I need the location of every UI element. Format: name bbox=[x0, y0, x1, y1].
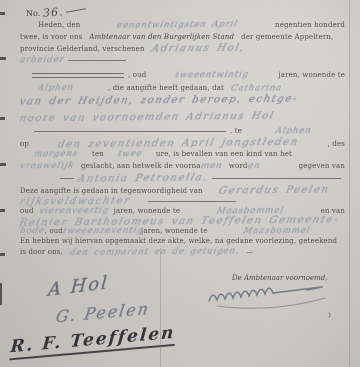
scan-edge-mark bbox=[0, 283, 2, 305]
blank-rule bbox=[34, 131, 226, 132]
scan-edge-mark bbox=[0, 57, 6, 60]
printed-text: Heden, den bbox=[38, 21, 80, 30]
line-18: bode , oud tweeenzeventig jaren, wonende… bbox=[20, 227, 345, 236]
handwritten-declarant-name: Adrianus Hol, bbox=[150, 44, 245, 54]
printed-text: , des bbox=[328, 140, 345, 149]
scan-edge-mark bbox=[0, 117, 5, 120]
handwritten-hour: twee bbox=[103, 150, 157, 160]
line-5: , oud tweeentwintig jaren, wonende te bbox=[20, 71, 345, 80]
line-19: En hebben wij hiervan opgemaakt deze akt… bbox=[20, 237, 345, 246]
handwritten-gender: vrouwelijk bbox=[19, 162, 75, 172]
blank-rule bbox=[68, 60, 126, 61]
act-number: No. 36. bbox=[26, 6, 86, 19]
handwritten-suffix: men bbox=[200, 162, 223, 171]
printed-text: negentien honderd bbox=[275, 21, 345, 30]
witness2-signature: R. F. Teeffelen bbox=[9, 323, 176, 361]
printed-text: — bbox=[246, 248, 253, 257]
handwritten-witness1-age: vierenveertig bbox=[32, 207, 114, 217]
printed-text: , oud bbox=[128, 71, 146, 80]
handwritten-age: tweeentwintig bbox=[145, 70, 280, 80]
printed-text: word bbox=[229, 162, 248, 171]
handwritten-signers-clause: den comparant en de getuigen. bbox=[69, 247, 241, 258]
blank-rule bbox=[148, 201, 236, 202]
handwritten-spouse-clause: noote van voornoemden Adrianus Hol bbox=[19, 112, 276, 124]
act-number-label: No. bbox=[26, 9, 40, 18]
handwritten-child-names: Antonia Petronella. bbox=[77, 173, 209, 183]
handwritten-birthdate: den zeventienden April jongstleden bbox=[28, 137, 329, 149]
handwritten-residence: Alphen bbox=[37, 84, 109, 94]
printed-text: jaren, wonende te bbox=[114, 207, 181, 216]
line-11: morgens ten twee ure, is bevallen van ee… bbox=[20, 150, 345, 159]
paper-edge-shadow bbox=[349, 0, 350, 367]
blank-double-rule bbox=[32, 73, 124, 78]
handwritten-witness2-age: tweeenzeventig bbox=[62, 227, 142, 237]
line-3: provincie Gelderland, verschenen Adrianu… bbox=[20, 44, 345, 54]
handwritten-date: eenentwintigsten April bbox=[79, 20, 276, 31]
line-4: arbeider bbox=[20, 56, 345, 65]
blank-rule bbox=[212, 178, 341, 179]
printed-text: , oud bbox=[45, 227, 63, 236]
line-17: Reinier Bartholomeus van Teeffelen Gemee… bbox=[20, 217, 345, 226]
printed-text: gegeven van bbox=[267, 162, 345, 171]
paper-fold-line bbox=[160, 248, 161, 367]
handwritten-mother-name: van der Heijden, zonder beroep, echtge- bbox=[19, 95, 299, 107]
handwritten-daypart: morgens bbox=[33, 150, 93, 160]
pen-flourish bbox=[66, 8, 86, 12]
scan-edge-mark bbox=[0, 253, 5, 256]
line-10: op den zeventienden April jongstleden , … bbox=[20, 139, 345, 149]
scan-edge-mark bbox=[0, 209, 5, 212]
printed-text: ure, is bevallen van een kind van het bbox=[156, 150, 292, 159]
line-9: , te Alphen bbox=[20, 127, 345, 136]
printed-text: jaren, wonende te bbox=[141, 227, 208, 236]
scan-edge-mark bbox=[0, 163, 6, 166]
scanned-birth-certificate: No. 36. Heden, den eenentwintigsten Apri… bbox=[0, 0, 360, 367]
handwritten-birthplace: Alphen bbox=[241, 126, 346, 136]
handwritten-suffix: en bbox=[246, 162, 260, 171]
line-12: vrouwelijk geslacht, aan hetwelk de voor… bbox=[20, 162, 345, 171]
line-20: is door ons, den comparant en de getuige… bbox=[20, 248, 345, 257]
printed-text: der gemeente Appeltern, bbox=[241, 33, 333, 42]
printed-text-italic: Ambtenaar van den Burgerlijken Stand bbox=[89, 33, 234, 42]
witness1-signature: G. Peelen bbox=[55, 299, 152, 327]
blank-rule bbox=[60, 178, 74, 179]
printed-text: oud bbox=[20, 207, 34, 216]
handwritten-occupation: arbeider bbox=[19, 56, 65, 65]
line-15: rijksveldwachter bbox=[20, 197, 345, 206]
line-14: Deze aangifte is gedaan in tegenwoordigh… bbox=[20, 186, 345, 196]
scan-edge-mark bbox=[0, 12, 5, 15]
handwritten-witness2-occupation: bode bbox=[19, 227, 46, 236]
printed-text: jaren, wonende te bbox=[278, 71, 345, 80]
line-2: twee, is voor ons Ambtenaar van den Burg… bbox=[20, 33, 345, 42]
line-13: Antonia Petronella. bbox=[20, 174, 345, 183]
declarant-signature: A Hol bbox=[47, 272, 109, 301]
printed-text: geslacht, aan hetwelk de voorna bbox=[81, 162, 201, 171]
handwritten-mother-firstname: Catharina bbox=[230, 83, 346, 93]
printed-text: En hebben wij hiervan opgemaakt deze akt… bbox=[20, 237, 337, 246]
act-number-value: 36. bbox=[43, 5, 64, 19]
line-6: Alphen , die aangifte heeft gedaan, dat … bbox=[20, 84, 345, 93]
official-title: De Ambtenaar voornoemd, bbox=[232, 274, 327, 282]
handwritten-witness2-residence: Maasbommel bbox=[206, 226, 346, 236]
printed-text: provincie Gelderland, verschenen bbox=[20, 45, 145, 54]
line-8: noote van voornoemden Adrianus Hol bbox=[20, 113, 345, 122]
line-7: van der Heijden, zonder beroep, echtge- bbox=[20, 96, 345, 105]
printed-text: twee, is voor ons bbox=[20, 33, 82, 42]
printed-text: is door ons, bbox=[20, 248, 63, 257]
printed-text: , die aangifte heeft gedaan, dat bbox=[108, 84, 224, 93]
handwritten-witness1-name: Gerardus Peelen bbox=[201, 185, 346, 195]
official-signature-scribble bbox=[203, 283, 348, 319]
line-1: Heden, den eenentwintigsten April negent… bbox=[38, 21, 345, 30]
